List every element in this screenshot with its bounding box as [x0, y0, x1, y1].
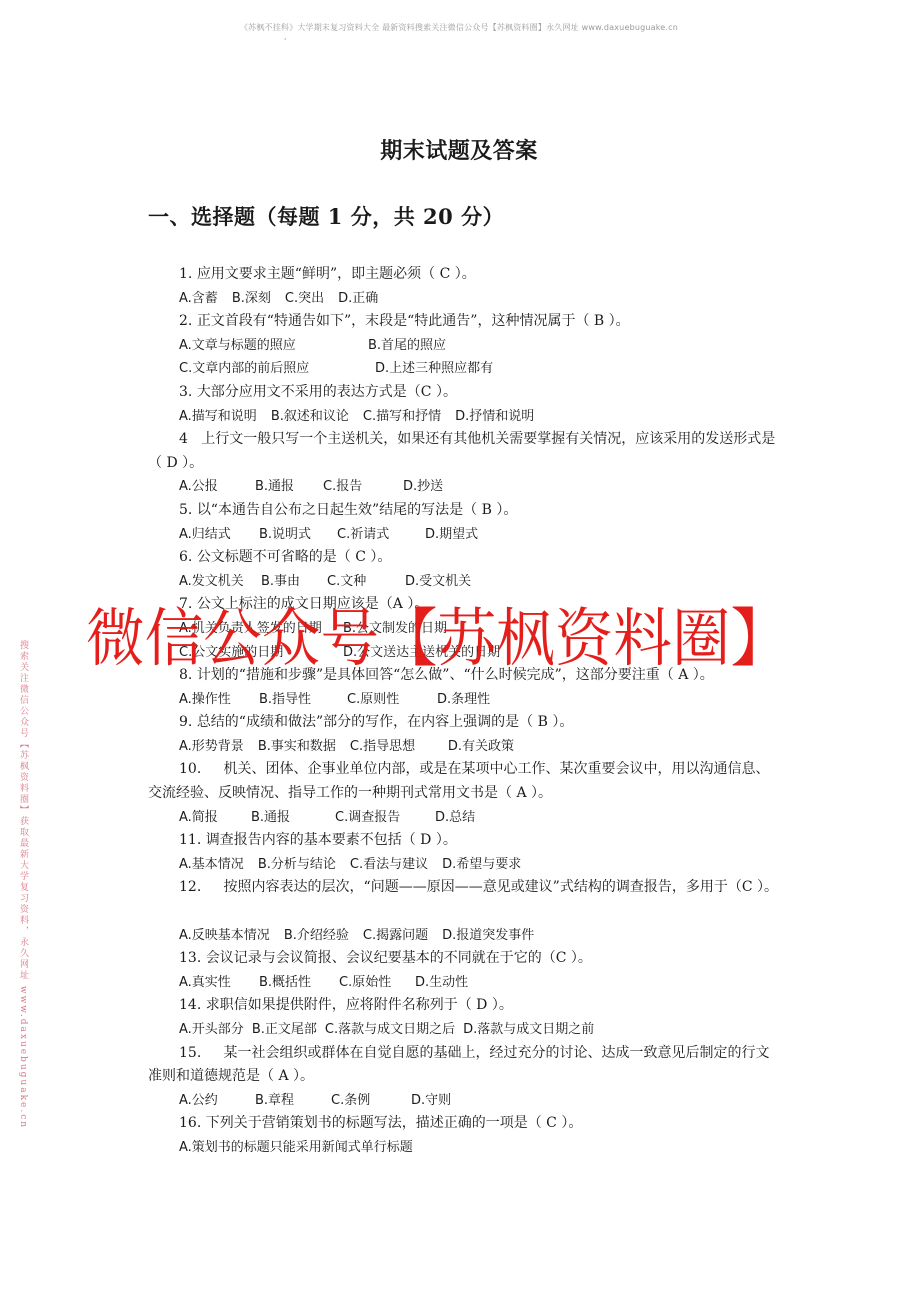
question-3: 3. 大部分应用文不采用的表达方式是（C ）。 — [148, 381, 778, 405]
question-14: 14. 求职信如果提供附件，应将附件名称列于（ D ）。 — [148, 994, 778, 1018]
option-d: D.守则 — [411, 1089, 451, 1113]
options-10: A.简报B.通报C.调查报告D.总结 — [148, 806, 778, 830]
option-c: C.原始性 — [339, 971, 401, 995]
option-c: C.调查报告 — [335, 806, 421, 830]
option-a: A.文章与标题的照应 — [179, 334, 354, 358]
question-1: 1. 应用文要求主题“鲜明”，即主题必须（ C ）。 — [148, 263, 778, 287]
option-d: D.抒情和说明 — [455, 405, 534, 429]
options-11: A.基本情况B.分析与结论C.看法与建议D.希望与要求 — [148, 853, 778, 877]
question-text: 下列关于营销策划书的标题写法，描述正确的一项是（ C ）。 — [206, 1115, 583, 1131]
question-number: 6. — [179, 549, 192, 565]
options-14: A.开头部分B.正文尾部C.落款与成文日期之后D.落款与成文日期之前 — [148, 1018, 778, 1042]
option-d: D.正确 — [338, 287, 378, 311]
section-heading: 一、选择题（每题 1 分，共 20 分） — [148, 201, 504, 231]
question-number: 1. — [179, 266, 192, 282]
watermark-main: 微信公众号【苏枫资料圈】 — [86, 604, 789, 674]
question-number: 16. — [179, 1115, 201, 1131]
options-8: A.操作性B.指导性C.原则性D.条理性 — [148, 688, 778, 712]
option-c: C.揭露问题 — [363, 924, 428, 948]
option-c: C.描写和抒情 — [363, 405, 441, 429]
question-11: 11. 调查报告内容的基本要素不包括（ D ）。 — [148, 829, 778, 853]
question-number: 13. — [179, 950, 201, 966]
question-number: 15. — [179, 1045, 201, 1061]
question-16: 16. 下列关于营销策划书的标题写法，描述正确的一项是（ C ）。 — [148, 1112, 778, 1136]
option-b: B.事由 — [261, 570, 313, 594]
option-d: D.期望式 — [425, 523, 478, 547]
question-number: 9. — [179, 714, 192, 730]
option-a: A.发文机关 — [179, 570, 247, 594]
question-5: 5. 以“本通告自公布之日起生效”结尾的写法是（ B ）。 — [148, 499, 778, 523]
document-title: 期末试题及答案 — [0, 134, 918, 165]
option-a: A.公约 — [179, 1089, 241, 1113]
option-a: A.形势背景 — [179, 735, 244, 759]
question-text: 正文首段有“特通告如下”，末段是“特此通告”，这种情况属于（ B ）。 — [197, 313, 630, 329]
question-2: 2. 正文首段有“特通告如下”，末段是“特此通告”，这种情况属于（ B ）。 — [148, 310, 778, 334]
option-d: D.生动性 — [415, 971, 468, 995]
option-a: A.真实性 — [179, 971, 245, 995]
question-text: 某一社会组织或群体在自觉自愿的基础上，经过充分的讨论、达成一致意见后制定的行文准… — [148, 1045, 770, 1085]
question-number: 4 — [179, 431, 188, 447]
option-b: B.通报 — [251, 806, 321, 830]
question-text: 上行文一般只写一个主送机关，如果还有其他机关需要掌握有关情况，应该采用的发送形式… — [148, 431, 775, 471]
option-b: B.事实和数据 — [258, 735, 336, 759]
question-4: 4 上行文一般只写一个主送机关，如果还有其他机关需要掌握有关情况，应该采用的发送… — [148, 428, 778, 475]
options-9: A.形势背景B.事实和数据C.指导思想D.有关政策 — [148, 735, 778, 759]
option-c: C.祈请式 — [337, 523, 411, 547]
options-16: A.策划书的标题只能采用新闻式单行标题 — [148, 1136, 778, 1160]
option-a: A.开头部分 — [179, 1018, 244, 1042]
options-3: A.描写和说明B.叙述和议论C.描写和抒情D.抒情和说明 — [148, 405, 778, 429]
question-15: 15. 某一社会组织或群体在自觉自愿的基础上，经过充分的讨论、达成一致意见后制定… — [148, 1042, 778, 1089]
options-2-row-2: C.文章内部的前后照应D.上述三种照应都有 — [148, 357, 778, 381]
question-list: 1. 应用文要求主题“鲜明”，即主题必须（ C ）。 A.含蓄B.深刻C.突出D… — [148, 263, 778, 1160]
option-d: D.有关政策 — [448, 735, 514, 759]
option-c: C.报告 — [323, 475, 389, 499]
option-a: A.基本情况 — [179, 853, 244, 877]
options-2-row-1: A.文章与标题的照应B.首尾的照应 — [148, 334, 778, 358]
question-number: 14. — [179, 997, 201, 1013]
question-text: 大部分应用文不采用的表达方式是（C ）。 — [197, 384, 457, 400]
question-text: 应用文要求主题“鲜明”，即主题必须（ C ）。 — [197, 266, 476, 282]
question-number: 12. — [179, 879, 201, 895]
question-number: 10. — [179, 761, 201, 777]
option-d: D.报道突发事件 — [442, 924, 534, 948]
option-d: D.落款与成文日期之前 — [463, 1018, 594, 1042]
question-text: 公文标题不可省略的是（ C ）。 — [197, 549, 392, 565]
option-b: B.分析与结论 — [258, 853, 336, 877]
option-d: D.上述三种照应都有 — [375, 357, 493, 381]
question-number: 2. — [179, 313, 192, 329]
question-number: 11. — [179, 832, 201, 848]
question-text: 机关、团体、企事业单位内部，或是在某项中心工作、某次重要会议中，用以沟通信息、交… — [148, 761, 770, 801]
option-b: B.指导性 — [259, 688, 333, 712]
option-b: B.章程 — [255, 1089, 317, 1113]
option-c: C.文种 — [327, 570, 391, 594]
option-a: A.含蓄 — [179, 287, 218, 311]
question-9: 9. 总结的“成绩和做法”部分的写作，在内容上强调的是（ B ）。 — [148, 711, 778, 735]
option-a: A.反映基本情况 — [179, 924, 270, 948]
options-15: A.公约B.章程C.条例D.守则 — [148, 1089, 778, 1113]
question-text: 调查报告内容的基本要素不包括（ D ）。 — [206, 832, 457, 848]
option-b: B.说明式 — [259, 523, 323, 547]
option-d: D.抄送 — [403, 475, 443, 499]
option-d: D.总结 — [435, 806, 475, 830]
option-c: C.落款与成文日期之后 — [325, 1018, 455, 1042]
question-text: 按照内容表达的层次，“问题——原因——意见或建议”式结构的调查报告，多用于（C … — [224, 879, 778, 895]
option-c: C.看法与建议 — [350, 853, 428, 877]
option-d: D.希望与要求 — [442, 853, 521, 877]
option-c: C.突出 — [285, 287, 324, 311]
question-text: 总结的“成绩和做法”部分的写作，在内容上强调的是（ B ）。 — [197, 714, 574, 730]
question-10: 10. 机关、团体、企事业单位内部，或是在某项中心工作、某次重要会议中，用以沟通… — [148, 758, 778, 805]
option-a: A.操作性 — [179, 688, 245, 712]
option-b: B.概括性 — [259, 971, 325, 995]
option-c: C.条例 — [331, 1089, 397, 1113]
page-header-banner: 《苏枫不挂科》大学期末复习资料大全 最新资料搜索关注微信公众号【苏枫资料圈】永久… — [0, 22, 918, 33]
option-d: D.条理性 — [437, 688, 490, 712]
option-b: B.叙述和议论 — [271, 405, 349, 429]
options-6: A.发文机关B.事由C.文种D.受文机关 — [148, 570, 778, 594]
options-1: A.含蓄B.深刻C.突出D.正确 — [148, 287, 778, 311]
option-a: A.归结式 — [179, 523, 245, 547]
page-header-mark: , — [284, 32, 287, 41]
options-13: A.真实性B.概括性C.原始性D.生动性 — [148, 971, 778, 995]
question-12: 12. 按照内容表达的层次，“问题——原因——意见或建议”式结构的调查报告，多用… — [148, 876, 778, 923]
option-b: B.深刻 — [232, 287, 271, 311]
option-c: C.文章内部的前后照应 — [179, 357, 361, 381]
question-text: 以“本通告自公布之日起生效”结尾的写法是（ B ）。 — [197, 502, 518, 518]
question-6: 6. 公文标题不可省略的是（ C ）。 — [148, 546, 778, 570]
question-text: 会议记录与会议简报、会议纪要基本的不同就在于它的（C ）。 — [206, 950, 592, 966]
option-a: A.策划书的标题只能采用新闻式单行标题 — [179, 1136, 413, 1160]
option-d: D.受文机关 — [405, 570, 471, 594]
question-number: 3. — [179, 384, 192, 400]
option-a: A.公报 — [179, 475, 241, 499]
option-c: C.原则性 — [347, 688, 423, 712]
option-b: B.通报 — [255, 475, 309, 499]
options-4: A.公报B.通报C.报告D.抄送 — [148, 475, 778, 499]
option-a: A.简报 — [179, 806, 237, 830]
question-number: 5. — [179, 502, 192, 518]
options-5: A.归结式B.说明式C.祈请式D.期望式 — [148, 523, 778, 547]
options-12: A.反映基本情况B.介绍经验C.揭露问题D.报道突发事件 — [148, 924, 778, 948]
question-text: 求职信如果提供附件，应将附件名称列于（ D ）。 — [206, 997, 513, 1013]
option-b: B.介绍经验 — [284, 924, 349, 948]
option-a: A.描写和说明 — [179, 405, 257, 429]
watermark-side: 搜索关注微信公众号【苏枫资料圈】获取最新大学复习资料，永久网址 www.daxu… — [18, 640, 30, 1129]
question-13: 13. 会议记录与会议简报、会议纪要基本的不同就在于它的（C ）。 — [148, 947, 778, 971]
option-c: C.指导思想 — [350, 735, 434, 759]
option-b: B.正文尾部 — [252, 1018, 317, 1042]
option-b: B.首尾的照应 — [368, 334, 446, 358]
